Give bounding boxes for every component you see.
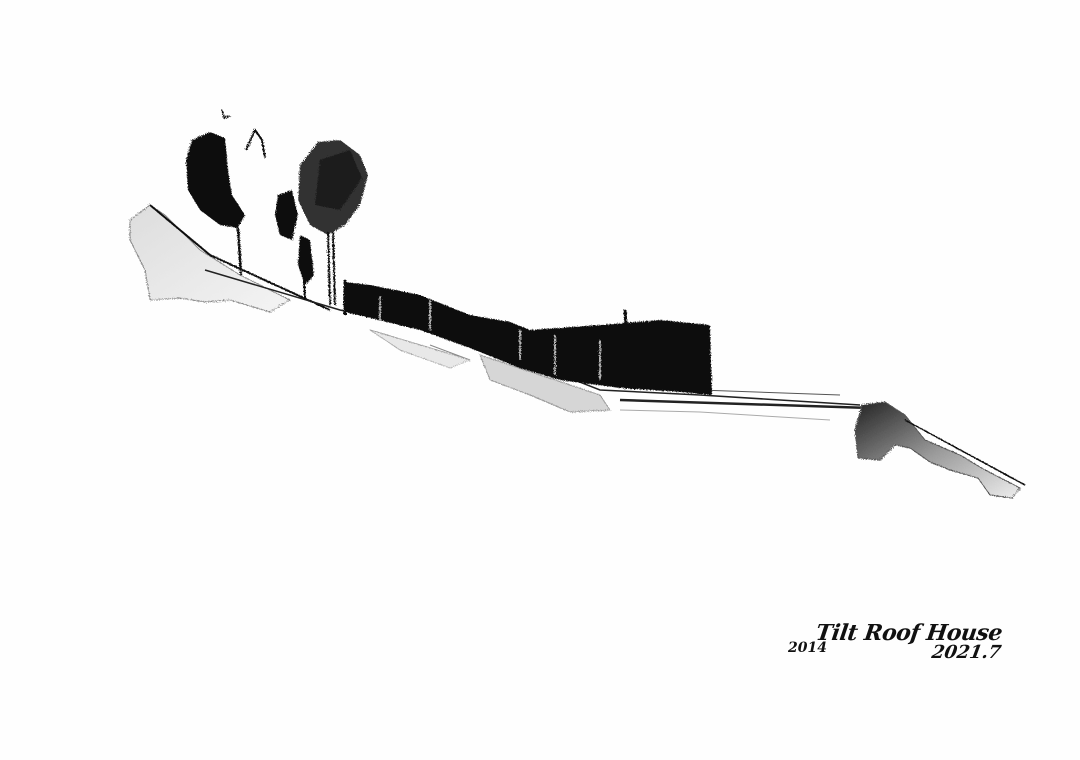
sketch-canvas: 2014 Tilt Roof House 2021.7 [0,0,1080,760]
caption-signature-date: 2021.7 [930,642,1003,663]
right-hill [855,402,1025,498]
handwritten-caption: 2014 Tilt Roof House 2021.7 [788,618,1028,678]
